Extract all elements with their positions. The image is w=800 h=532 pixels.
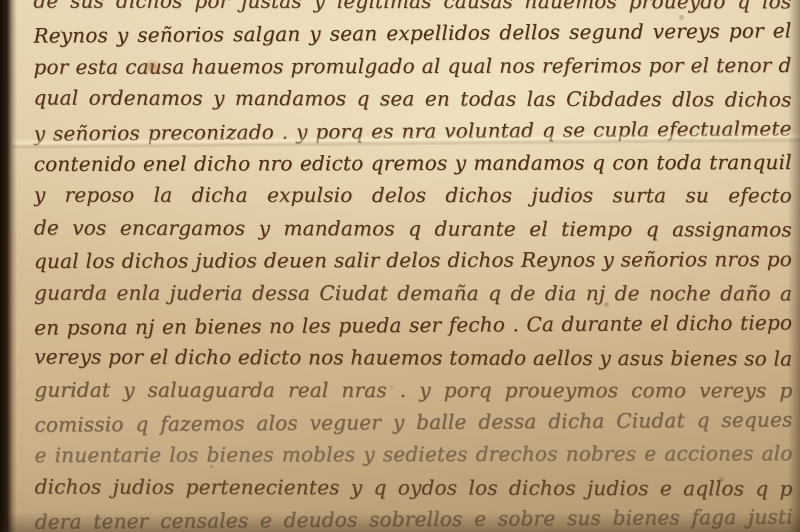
manuscript-line-13: guridat y saluaguarda real nras . y porq… bbox=[34, 373, 792, 406]
manuscript-photo: de sus dichos por justas y legitimas cau… bbox=[0, 0, 800, 532]
manuscript-line-02: Reynos y señorios salgan y sean expellid… bbox=[33, 15, 791, 53]
manuscript-line-10: guarda enla juderia dessa Ciudat demaña … bbox=[34, 276, 792, 309]
manuscript-line-11: en psona nj en bienes no les pueda ser f… bbox=[34, 306, 792, 344]
page-right-edge-shadow bbox=[788, 0, 800, 532]
manuscript-line-09: qual los dichos judios deuen salir delos… bbox=[34, 243, 792, 277]
manuscript-line-06: contenido enel dicho nro edicto qremos y… bbox=[34, 146, 792, 180]
manuscript-line-15: e inuentarie los bienes mobles y sediete… bbox=[34, 437, 792, 471]
manuscript-line-14: comissio q fazemos alos veguer y balle d… bbox=[34, 403, 792, 441]
manuscript-line-04: qual ordenamos y mandamos q sea en todas… bbox=[34, 82, 792, 116]
paper-speckles bbox=[60, 30, 63, 33]
manuscript-text-block: de sus dichos por justas y legitimas cau… bbox=[33, 0, 792, 532]
page-bottom-shadow bbox=[0, 512, 800, 532]
ink-stain bbox=[138, 56, 166, 78]
manuscript-line-07: y reposo la dicha expulsio delos dichos … bbox=[34, 179, 792, 212]
manuscript-line-08: de vos encargamos y mandamos q durante e… bbox=[34, 211, 792, 245]
manuscript-line-16: dichos judios pertenecientes y q oydos l… bbox=[35, 470, 793, 504]
page-left-edge-shadow bbox=[0, 0, 17, 532]
manuscript-line-12: vereys por el dicho edicto nos hauemos t… bbox=[34, 341, 792, 375]
